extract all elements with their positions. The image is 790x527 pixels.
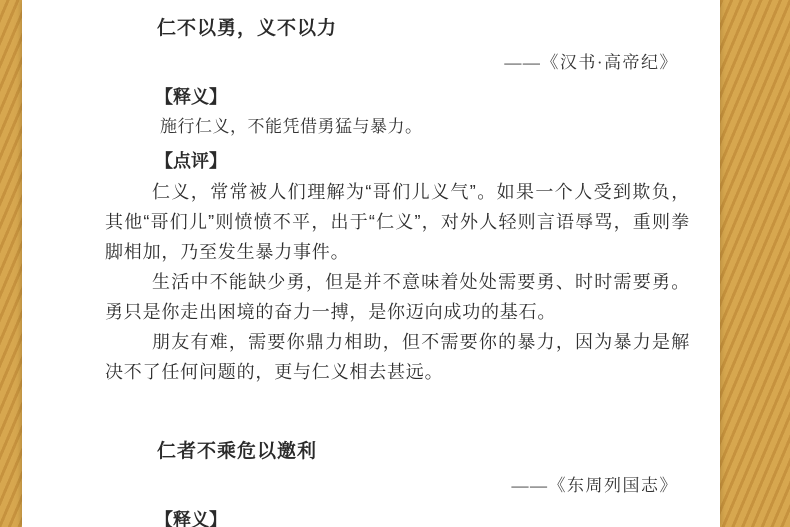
entry-1-dianping-block: 仁义，常常被人们理解为“哥们儿义气”。如果一个人受到欺负，其他“哥们儿”则愤愤不…	[105, 177, 690, 387]
entry-1: 仁不以勇，义不以力 ——《汉书·高帝纪》 【释义】 施行仁义，不能凭借勇猛与暴力…	[105, 18, 690, 387]
entry-1-shiyi-text: 施行仁义，不能凭借勇猛与暴力。	[160, 116, 690, 137]
entry-1-source-citation: ——《汉书·高帝纪》	[105, 52, 678, 73]
entry-2-title: 仁者不乘危以邀利	[157, 441, 690, 463]
book-page: 仁不以勇，义不以力 ——《汉书·高帝纪》 【释义】 施行仁义，不能凭借勇猛与暴力…	[22, 0, 720, 527]
entry-2: 仁者不乘危以邀利 ——《东周列国志》 【释义】	[105, 441, 690, 527]
dianping-paragraph: 生活中不能缺少勇，但是并不意味着处处需要勇、时时需要勇。勇只是你走出困境的奋力一…	[105, 267, 690, 327]
entry-1-dianping-label: 【点评】	[155, 152, 690, 171]
entry-2-source-citation: ——《东周列国志》	[105, 475, 678, 496]
dianping-paragraph: 仁义，常常被人们理解为“哥们儿义气”。如果一个人受到欺负，其他“哥们儿”则愤愤不…	[105, 177, 690, 267]
entry-1-shiyi-label: 【释义】	[155, 88, 690, 107]
entry-2-shiyi-label: 【释义】	[155, 511, 690, 527]
dianping-paragraph: 朋友有难，需要你鼎力相助，但不需要你的暴力，因为暴力是解决不了任何问题的，更与仁…	[105, 327, 690, 387]
entry-1-title: 仁不以勇，义不以力	[157, 18, 690, 40]
